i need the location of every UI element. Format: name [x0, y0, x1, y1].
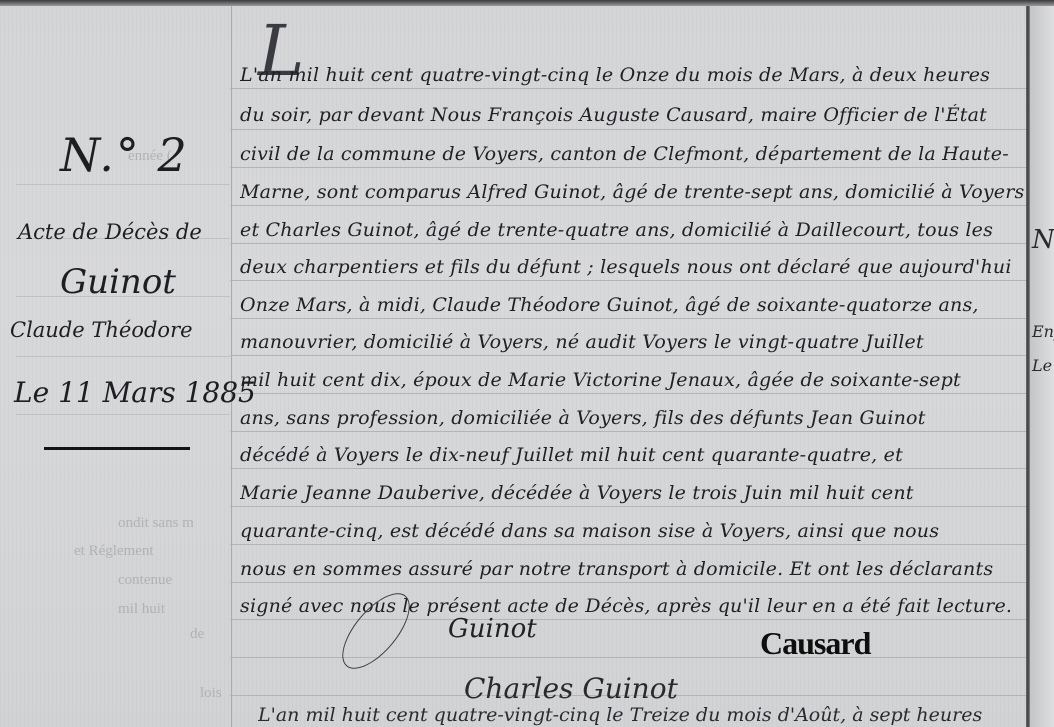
ruled-line: [230, 129, 1026, 130]
margin-given-names: Claude Théodore: [10, 318, 193, 342]
facing-page-fragment: Le: [1032, 356, 1052, 375]
record-line: Onze Mars, à midi, Claude Théodore Guino…: [240, 294, 1026, 316]
record-line: civil de la commune de Voyers, canton de…: [240, 143, 1026, 165]
ruled-line: [230, 355, 1026, 356]
record-line: L'an mil huit cent quatre-vingt-cinq le …: [240, 64, 1026, 86]
next-entry-first-line: L'an mil huit cent quatre-vingt-cinq le …: [258, 704, 1026, 726]
ruled-line: [230, 318, 1026, 319]
ruled-line: [230, 205, 1026, 206]
signature-mayor: Causard: [760, 625, 870, 662]
facing-page-edge: N Enf Le: [1030, 0, 1054, 727]
margin-surname: Guinot: [60, 262, 176, 302]
ruled-line: [230, 506, 1026, 507]
margin-separator-rule: [44, 447, 190, 450]
margin-date: Le 11 Mars 1885: [14, 376, 256, 409]
margin-rule: [231, 0, 232, 727]
record-line: signé avec nous le présent acte de Décès…: [240, 595, 1026, 617]
signature-declarant-1: Guinot: [448, 614, 537, 644]
signature-declarant-2: Charles Guinot: [464, 672, 678, 705]
entry-number: N.° 2: [60, 128, 189, 182]
register-page: ennée ( ondit sans m et Réglement conten…: [0, 0, 1026, 727]
record-line: manouvrier, domicilié à Voyers, né audit…: [240, 331, 1026, 353]
facing-page-fragment: Enf: [1032, 322, 1054, 341]
ruled-line: [230, 582, 1026, 583]
record-line: nous en sommes assuré par notre transpor…: [240, 558, 1026, 580]
ruled-line: [230, 619, 1026, 620]
facing-page-fragment: N: [1032, 225, 1054, 255]
ruled-line: [230, 243, 1026, 244]
record-line: quarante-cinq, est décédé dans sa maison…: [240, 520, 1026, 542]
ruled-line: [230, 393, 1026, 394]
record-line: du soir, par devant Nous François August…: [240, 104, 1026, 126]
record-line: et Charles Guinot, âgé de trente-quatre …: [240, 219, 1026, 241]
ruled-line: [230, 431, 1026, 432]
page-top-edge: [0, 0, 1054, 6]
margin-title: Acte de Décès de: [18, 220, 202, 244]
record-line: Marne, sont comparus Alfred Guinot, âgé …: [240, 181, 1026, 203]
record-line: Marie Jeanne Dauberive, décédée à Voyers…: [240, 482, 1026, 504]
ruled-line: [230, 544, 1026, 545]
ruled-line: [230, 167, 1026, 168]
margin-annotation: N.° 2 Acte de Décès de Guinot Claude Thé…: [0, 0, 230, 727]
record-line: mil huit cent dix, époux de Marie Victor…: [240, 369, 1026, 391]
record-line: décédé à Voyers le dix-neuf Juillet mil …: [240, 444, 1026, 466]
record-line: ans, sans profession, domiciliée à Voyer…: [240, 407, 1026, 429]
ruled-line: [230, 468, 1026, 469]
ruled-line: [230, 280, 1026, 281]
record-line: deux charpentiers et fils du défunt ; le…: [240, 256, 1026, 278]
ruled-line: [230, 88, 1026, 89]
